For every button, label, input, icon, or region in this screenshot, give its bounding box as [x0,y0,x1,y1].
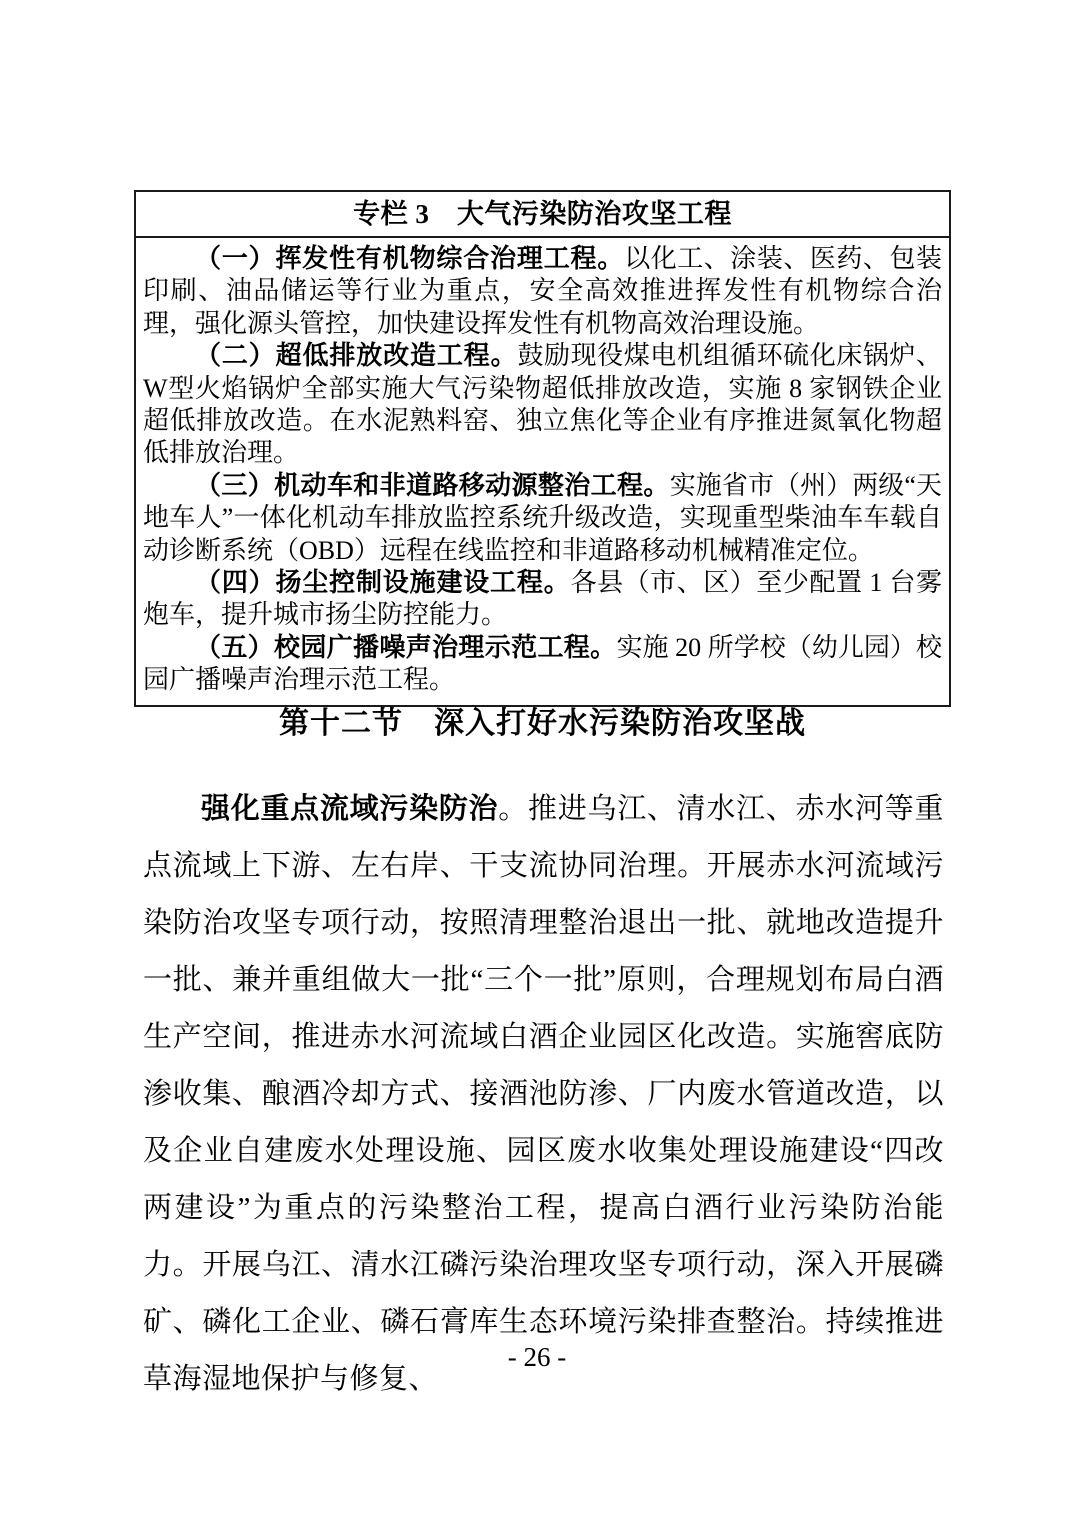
box-item-lead: （四）扬尘控制设施建设工程。 [195,568,571,597]
highlight-box: 专栏 3 大气污染防治攻坚工程 （一）挥发性有机物综合治理工程。以化工、涂装、医… [134,190,951,707]
box-body: （一）挥发性有机物综合治理工程。以化工、涂装、医药、包装印刷、油品储运等行业为重… [136,238,949,705]
box-item: （一）挥发性有机物综合治理工程。以化工、涂装、医药、包装印刷、油品储运等行业为重… [143,243,942,340]
box-item: （二）超低排放改造工程。鼓励现役煤电机组循环硫化床锅炉、W型火焰锅炉全部实施大气… [143,340,942,470]
box-item: （五）校园广播噪声治理示范工程。实施 20 所学校（幼儿园）校园广播噪声治理示范… [143,632,942,697]
section-heading: 第十二节 深入打好水污染防治攻坚战 [134,703,951,745]
box-item-lead: （三）机动车和非道路移动源整治工程。 [195,471,670,500]
page-number: - 26 - [0,1340,1074,1374]
document-page: 专栏 3 大气污染防治攻坚工程 （一）挥发性有机物综合治理工程。以化工、涂装、医… [0,0,1074,1520]
paragraph-lead: 强化重点流域污染防治 [201,793,498,825]
box-item-lead: （二）超低排放改造工程。 [195,341,517,370]
box-item: （四）扬尘控制设施建设工程。各县（市、区）至少配置 1 台雾炮车，提升城市扬尘防… [143,567,942,632]
body-paragraph: 强化重点流域污染防治。推进乌江、清水江、赤水河等重点流域上下游、左右岸、干支流协… [143,781,944,1408]
box-item-lead: （五）校园广播噪声治理示范工程。 [195,633,616,662]
box-item-lead: （一）挥发性有机物综合治理工程。 [195,244,624,273]
paragraph-text: 。推进乌江、清水江、赤水河等重点流域上下游、左右岸、干支流协同治理。开展赤水河流… [143,793,944,1395]
box-item: （三）机动车和非道路移动源整治工程。实施省市（州）两级“天地车人”一体化机动车排… [143,470,942,567]
box-title: 专栏 3 大气污染防治攻坚工程 [136,192,949,238]
